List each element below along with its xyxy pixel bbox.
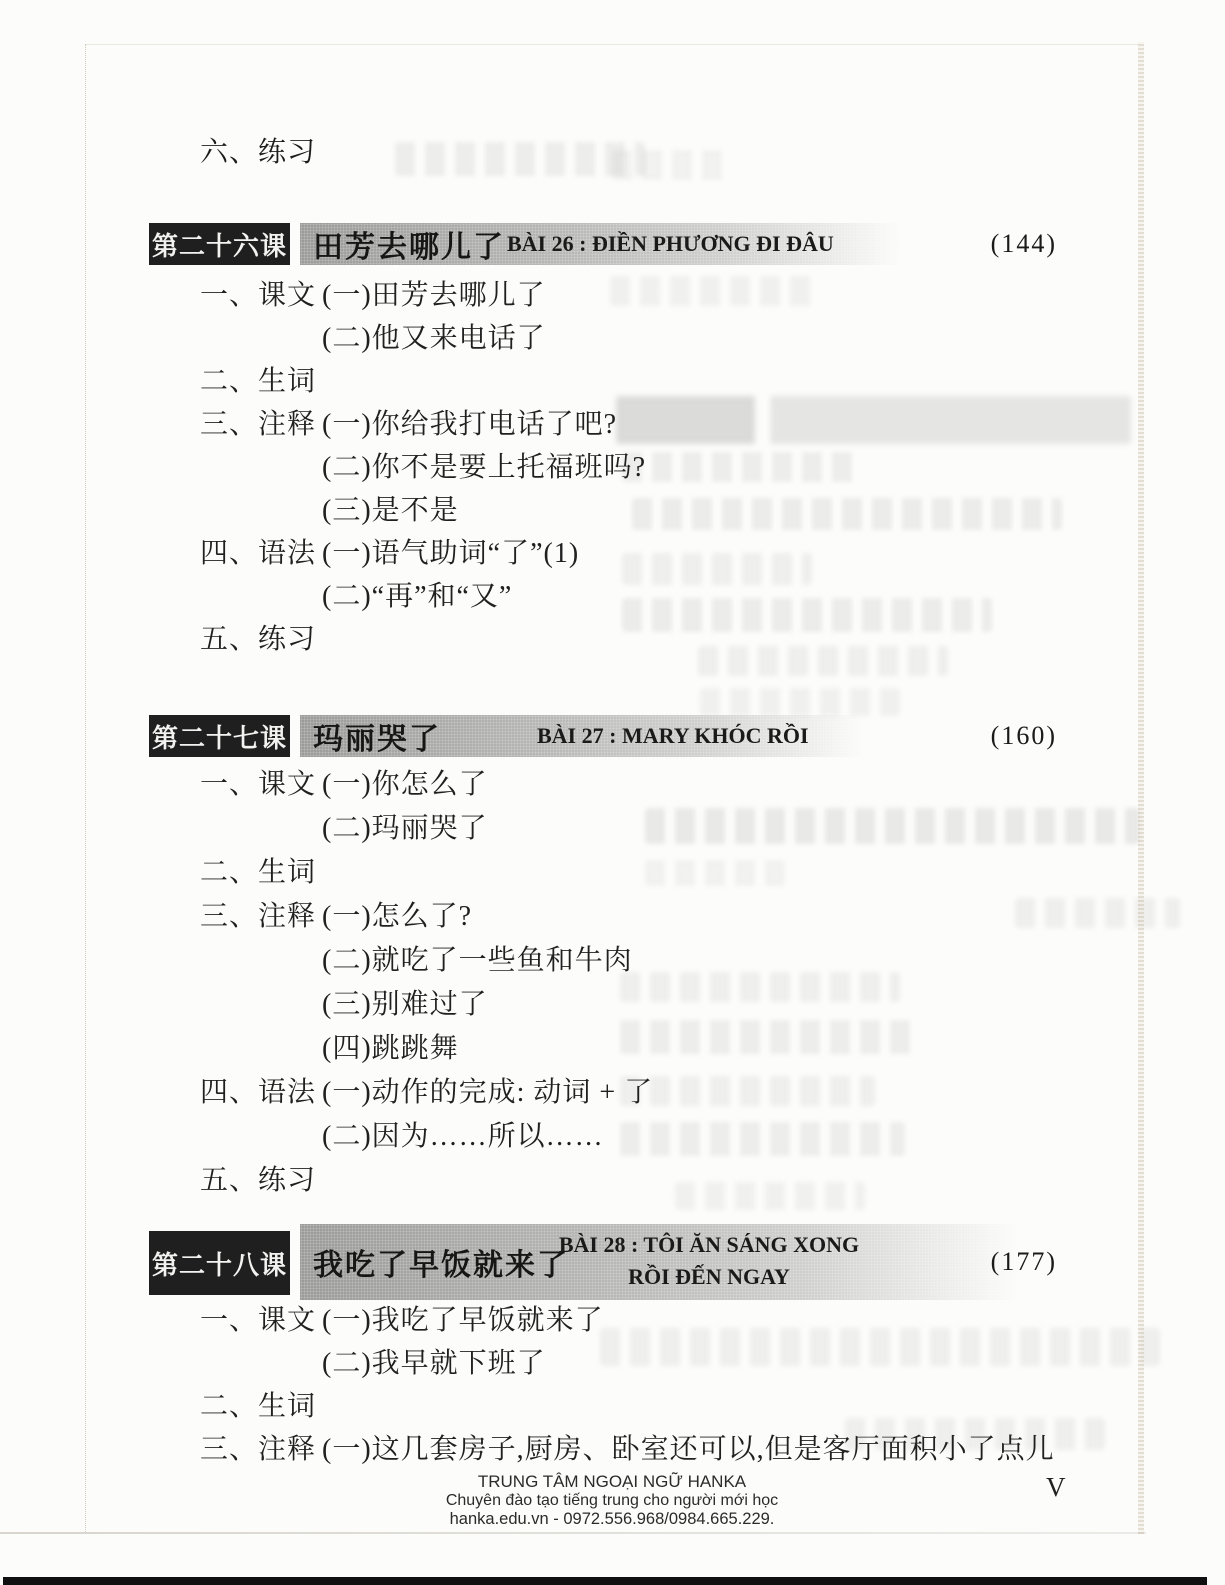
lesson-number-badge: 第二十六课 (149, 223, 290, 265)
lesson-27-toc: 一、课文 (一)你怎么了 (二)玛丽哭了 二、生词 三、注释 (一)怎么了? (… (200, 763, 1080, 1203)
section-label: 三、注释 (200, 1428, 322, 1471)
lesson-page-number: (177) (991, 1224, 1057, 1300)
section-item: (二)你不是要上托福班吗? (322, 446, 1080, 489)
toc-row: (二)你不是要上托福班吗? (200, 446, 1080, 489)
lesson-title-vietnamese: BÀI 27 : MARY KHÓC RỒI (537, 715, 809, 757)
section-item: (二)就吃了一些鱼和牛肉 (322, 939, 1080, 983)
toc-row: 三、注释 (一)怎么了? (200, 895, 1080, 939)
toc-row: 一、课文 (一)你怎么了 (200, 763, 1080, 807)
footer-contact: hanka.edu.vn - 0972.556.968/0984.665.229… (312, 1510, 912, 1529)
bleed-through-ghost (395, 142, 645, 176)
toc-row: 一、课文 (一)田芳去哪儿了 (200, 274, 1080, 317)
page-edge-right (1138, 42, 1144, 1534)
section-label: 三、注释 (200, 403, 322, 446)
page-number-roman: V (1046, 1472, 1066, 1503)
toc-row: 三、注释 (一)你给我打电话了吧? (200, 403, 1080, 446)
lesson-title-vietnamese: BÀI 26 : ĐIỀN PHƯƠNG ĐI ĐÂU (507, 223, 834, 265)
toc-item-exercises: 六、练习 (200, 131, 316, 174)
scanned-toc-page: { "intro_item": "六、练习", "lessons": [ { "… (0, 0, 1225, 1585)
section-item: (二)我早就下班了 (322, 1342, 1080, 1385)
toc-row: (二)我早就下班了 (200, 1342, 1080, 1385)
toc-row: 二、生词 (200, 1385, 1080, 1428)
toc-row: 一、课文 (一)我吃了早饭就来了 (200, 1299, 1080, 1342)
footer-tagline: Chuyên đào tạo tiếng trung cho người mới… (312, 1491, 912, 1510)
toc-row: 三、注释 (一)这几套房子,厨房、卧室还可以,但是客厅面积小了点儿 (200, 1428, 1080, 1471)
section-item: (二)他又来电话了 (322, 317, 1080, 360)
lesson-28-toc: 一、课文 (一)我吃了早饭就来了 (二)我早就下班了 二、生词 三、注释 (一)… (200, 1299, 1080, 1471)
section-item: (三)是不是 (322, 489, 1080, 532)
lesson-26-toc: 一、课文 (一)田芳去哪儿了 (二)他又来电话了 二、生词 三、注释 (一)你给… (200, 274, 1080, 661)
toc-row: (二)他又来电话了 (200, 317, 1080, 360)
page-edge-top (85, 44, 1138, 45)
section-item: (一)动作的完成: 动词 + 了 (322, 1071, 1080, 1115)
toc-row: 五、练习 (200, 1159, 1080, 1203)
lesson-number-badge: 第二十七课 (149, 715, 290, 757)
section-label: 四、语法 (200, 532, 322, 575)
section-item: (二)玛丽哭了 (322, 807, 1080, 851)
section-item: (四)跳跳舞 (322, 1027, 1080, 1071)
section-label: 一、课文 (200, 274, 322, 317)
lesson-title-vietnamese-line2: RỒI ĐẾN NGAY (499, 1261, 919, 1293)
lesson-page-number: (160) (991, 715, 1057, 757)
section-item: (一)这几套房子,厨房、卧室还可以,但是客厅面积小了点儿 (322, 1428, 1080, 1471)
lesson-26-header: 第二十六课 田芳去哪儿了 BÀI 26 : ĐIỀN PHƯƠNG ĐI ĐÂU… (149, 223, 1060, 265)
section-label: 三、注释 (200, 895, 322, 939)
section-item: (一)怎么了? (322, 895, 1080, 939)
lesson-28-header: 第二十八课 我吃了早饭就来了 BÀI 28 : TÔI ĂN SÁNG XONG… (149, 1224, 1060, 1300)
toc-row: (三)别难过了 (200, 983, 1080, 1027)
bottom-scan-bar (3, 1577, 1207, 1585)
section-item: (一)你怎么了 (322, 763, 1080, 807)
footer-center-name: TRUNG TÂM NGOẠI NGỮ HANKA (312, 1472, 912, 1491)
toc-row: 二、生词 (200, 360, 1080, 403)
section-item: (三)别难过了 (322, 983, 1080, 1027)
lesson-title-chinese: 玛丽哭了 (313, 715, 441, 757)
bleed-through-ghost (612, 150, 732, 180)
bleed-through-ghost (700, 688, 900, 716)
toc-row: (二)玛丽哭了 (200, 807, 1080, 851)
toc-row: (二)“再”和“又” (200, 575, 1080, 618)
section-item: (一)田芳去哪儿了 (322, 274, 1080, 317)
toc-row: (四)跳跳舞 (200, 1027, 1080, 1071)
section-item: (一)我吃了早饭就来了 (322, 1299, 1080, 1342)
section-label: 五、练习 (200, 1159, 322, 1203)
section-label: 二、生词 (200, 1385, 322, 1428)
section-item: (二)因为……所以…… (322, 1115, 1080, 1159)
section-label: 四、语法 (200, 1071, 322, 1115)
lesson-title-vietnamese: BÀI 28 : TÔI ĂN SÁNG XONG RỒI ĐẾN NGAY (499, 1229, 919, 1293)
lesson-page-number: (144) (991, 223, 1057, 265)
toc-row: (二)因为……所以…… (200, 1115, 1080, 1159)
section-label: 一、课文 (200, 763, 322, 807)
toc-row: 四、语法 (一)语气助词“了”(1) (200, 532, 1080, 575)
toc-row: (二)就吃了一些鱼和牛肉 (200, 939, 1080, 983)
section-label: 五、练习 (200, 618, 322, 661)
lesson-27-header: 第二十七课 玛丽哭了 BÀI 27 : MARY KHÓC RỒI (160) (149, 715, 1060, 757)
toc-row: (三)是不是 (200, 489, 1080, 532)
section-label: 二、生词 (200, 851, 322, 895)
lesson-title-vietnamese-line1: BÀI 28 : TÔI ĂN SÁNG XONG (499, 1229, 919, 1261)
page-edge-bottom (0, 1532, 1146, 1534)
section-label: 一、课文 (200, 1299, 322, 1342)
footer: TRUNG TÂM NGOẠI NGỮ HANKA Chuyên đào tạo… (312, 1472, 912, 1529)
toc-row: 五、练习 (200, 618, 1080, 661)
section-label: 二、生词 (200, 360, 322, 403)
lesson-title-chinese: 田芳去哪儿了 (313, 223, 505, 265)
lesson-number-badge: 第二十八课 (149, 1231, 290, 1295)
section-item: (一)你给我打电话了吧? (322, 403, 1080, 446)
toc-row: 二、生词 (200, 851, 1080, 895)
section-item: (一)语气助词“了”(1) (322, 532, 1080, 575)
section-item: (二)“再”和“又” (322, 575, 1080, 618)
toc-row: 四、语法 (一)动作的完成: 动词 + 了 (200, 1071, 1080, 1115)
page-edge-left (85, 44, 86, 1532)
